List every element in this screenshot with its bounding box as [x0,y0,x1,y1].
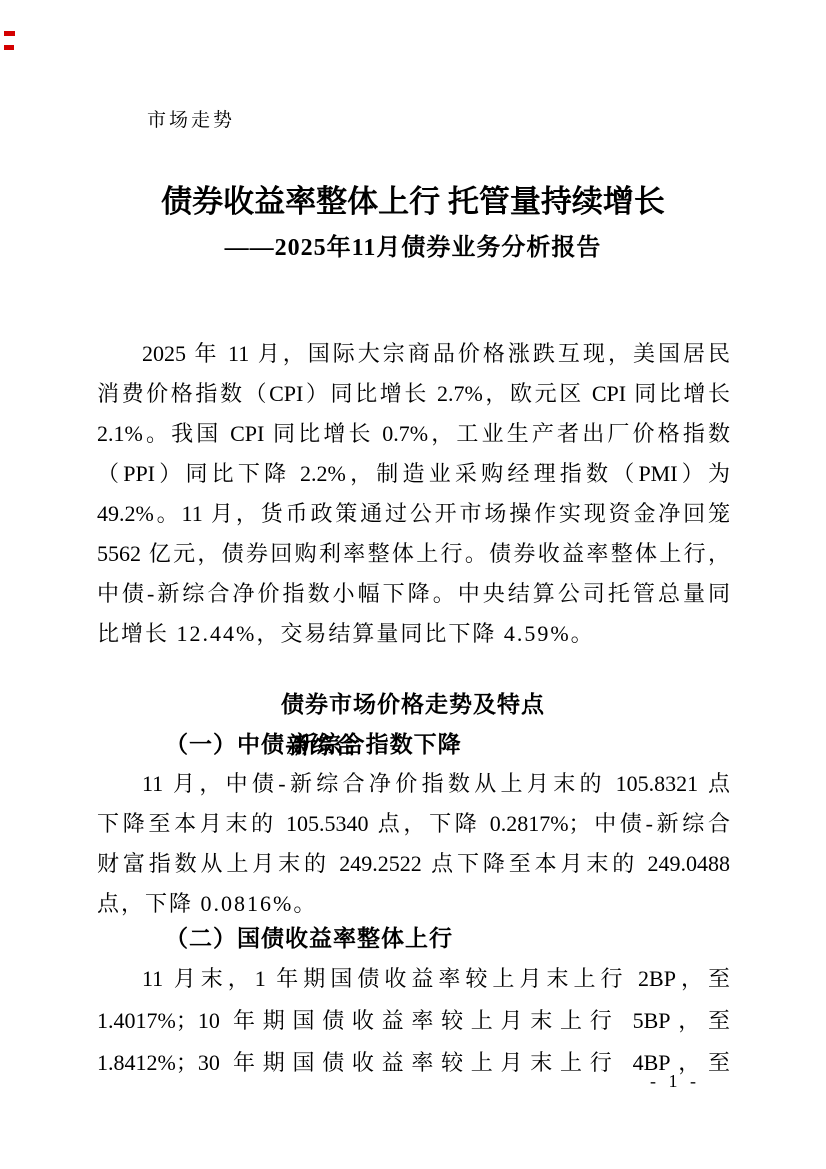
body-line: 1.8412%；30 年期国债收益率较上月末上行 4BP，至 [97,1042,730,1084]
section1-paragraph: 11 月，中债-新综合净价指数从上月末的 105.8321 点 下降至本月末的 … [97,764,730,924]
body-line: 财富指数从上月末的 249.2522 点下降至本月末的 249.0488 [97,844,730,884]
body-line: 2.1%。我国 CPI 同比增长 0.7%，工业生产者出厂价格指数 [97,414,730,454]
body-line: （PPI）同比下降 2.2%，制造业采购经理指数（PMI）为 [97,454,730,494]
body-line: 11 月末，1 年期国债收益率较上月末上行 2BP，至 [97,958,730,1000]
body-line: 49.2%。11 月，货币政策通过公开市场操作实现资金净回笼 [97,494,730,534]
page-number: - 1 - [650,1071,700,1092]
section1-heading-overprint: 新综合 [294,726,366,759]
doc-subtitle: ——2025年11月债券业务分析报告 [0,227,826,262]
body-line: 1.4017%；10 年期国债收益率较上月末上行 5BP，至 [97,1000,730,1042]
body-line: 下降至本月末的 105.5340 点，下降 0.2817%；中债-新综合 [97,804,730,844]
body-line: 消费价格指数（CPI）同比增长 2.7%，欧元区 CPI 同比增长 [97,374,730,414]
document-page: 市场走势 债券收益率整体上行 托管量持续增长 ——2025年11月债券业务分析报… [0,0,826,1169]
red-corner-mark [4,31,15,36]
body-line: 5562 亿元，债券回购利率整体上行。债券收益率整体上行， [97,534,730,574]
red-corner-mark [4,45,14,50]
doc-title: 债券收益率整体上行 托管量持续增长 [0,176,826,221]
section1-heading: （一）中债-新综合指数下降 [165,726,462,759]
body-line: 2025 年 11 月，国际大宗商品价格涨跌互现，美国居民 [97,334,730,374]
body-line: 点，下降 0.0816%。 [97,884,730,924]
body-line: 11 月，中债-新综合净价指数从上月末的 105.8321 点 [97,764,730,804]
chapter-heading: 债券市场价格走势及特点 [0,686,826,719]
section1-heading-prefix: （一）中债- [165,732,294,757]
intro-paragraph: 2025 年 11 月，国际大宗商品价格涨跌互现，美国居民 消费价格指数（CPI… [97,334,730,654]
body-line: 比增长 12.44%，交易结算量同比下降 4.59%。 [97,614,730,654]
section2-paragraph: 11 月末，1 年期国债收益率较上月末上行 2BP，至 1.4017%；10 年… [97,958,730,1084]
doc-category-label: 市场走势 [147,105,235,132]
section2-heading: （二）国债收益率整体上行 [165,920,453,953]
body-line: 中债-新综合净价指数小幅下降。中央结算公司托管总量同 [97,574,730,614]
section1-heading-suffix: 指数下降 [366,732,462,757]
